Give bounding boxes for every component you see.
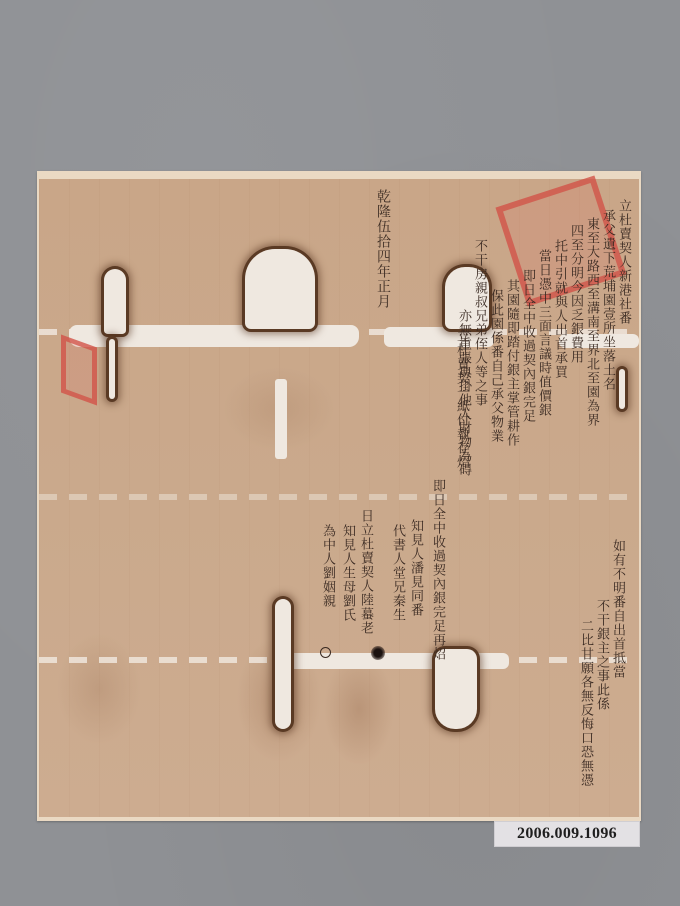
text-column: 其園隨即踏付銀主掌管耕作 bbox=[505, 279, 518, 447]
hole-top-left bbox=[104, 269, 126, 334]
witness-line: 代書人堂兄秦生 bbox=[391, 524, 404, 622]
fold-line-middle bbox=[39, 494, 639, 500]
text-column: 不干房親叔兄弟侄人等之事 bbox=[473, 239, 486, 407]
hole-top-center bbox=[245, 249, 315, 329]
text-column: 東至大路西至溝南至界北至園為界 bbox=[585, 217, 598, 427]
paper-surface: 乾隆伍拾四年正月 立杜賣契人新港社番 承父遺下荒埔園壹所坐落土名 東至大路西至溝… bbox=[39, 179, 639, 817]
catalog-number: 2006.009.1096 bbox=[517, 825, 617, 843]
catalog-label: 2006.009.1096 bbox=[494, 821, 640, 847]
hole-bottom-right bbox=[435, 649, 477, 729]
witness-line: 為中人劉姻親 bbox=[321, 524, 334, 608]
text-column: 即日全中收過契內銀完足 bbox=[521, 269, 534, 423]
signature-mark bbox=[320, 647, 331, 658]
receipt-line: 即日全中收過契內銀完足再炤 bbox=[431, 479, 444, 661]
hole-slit-left bbox=[109, 339, 115, 399]
hole-slit-center bbox=[275, 379, 287, 459]
text-column: 承父遺下荒埔園壹所坐落土名 bbox=[601, 209, 614, 391]
text-column-closing: 立杜賣契一紙付執存炤 bbox=[455, 329, 468, 469]
witness-line: 知見人潘見同番 bbox=[409, 519, 422, 617]
date-line: 乾隆伍拾四年正月 bbox=[376, 189, 390, 309]
deed-paper: 乾隆伍拾四年正月 立杜賣契人新港社番 承父遺下荒埔園壹所坐落土名 東至大路西至溝… bbox=[37, 171, 641, 821]
witness-line: 知見人生母劉氏 bbox=[341, 524, 354, 622]
hole-slit-right bbox=[619, 369, 625, 409]
text-column: 不干銀主之事此係 bbox=[595, 599, 608, 711]
text-column: 保此園係番自己承父物業 bbox=[489, 289, 502, 443]
text-column: 如有不明番自出首抵當 bbox=[611, 539, 624, 679]
text-column: 立杜賣契人新港社番 bbox=[617, 199, 630, 325]
hole-bottom-left bbox=[275, 599, 291, 729]
ink-blot bbox=[371, 646, 385, 660]
red-seal-fragment-left bbox=[61, 334, 97, 405]
text-column: 托中引就與人出首承買 bbox=[553, 239, 566, 379]
text-column: 二比甘願各無反悔口恐無憑 bbox=[579, 619, 592, 787]
text-column: 當日憑中三面言議時值價銀 bbox=[537, 249, 550, 417]
witness-line: 日立杜賣契人陸蟇老 bbox=[359, 509, 372, 635]
text-column: 四至分明今因乏銀費用 bbox=[569, 224, 582, 364]
